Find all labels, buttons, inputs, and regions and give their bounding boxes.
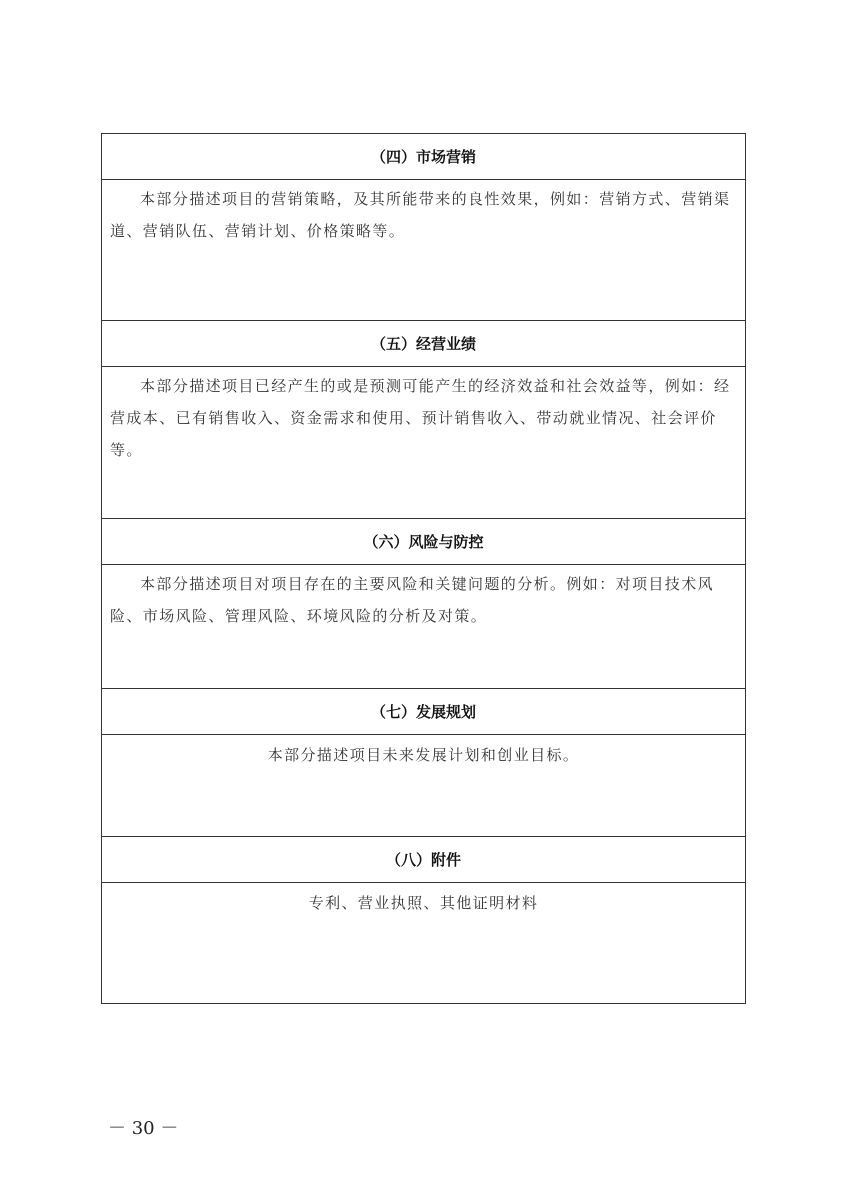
section-heading-marketing: （四）市场营销 [102, 134, 745, 180]
section-heading-performance: （五）经营业绩 [102, 321, 745, 367]
section-body-marketing: 本部分描述项目的营销策略，及其所能带来的良性效果，例如：营销方式、营销渠道、营销… [102, 180, 745, 321]
section-body-attachments: 专利、营业执照、其他证明材料 [102, 883, 745, 1003]
section-heading-risk: （六）风险与防控 [102, 519, 745, 565]
section-body-performance: 本部分描述项目已经产生的或是预测可能产生的经济效益和社会效益等，例如：经营成本、… [102, 367, 745, 519]
page-number: － 30 － [108, 1114, 178, 1140]
section-heading-attachments: （八）附件 [102, 837, 745, 883]
form-table: （四）市场营销 本部分描述项目的营销策略，及其所能带来的良性效果，例如：营销方式… [101, 133, 746, 1004]
section-heading-development-plan: （七）发展规划 [102, 689, 745, 735]
section-body-development-plan: 本部分描述项目未来发展计划和创业目标。 [102, 735, 745, 837]
section-body-risk: 本部分描述项目对项目存在的主要风险和关键问题的分析。例如：对项目技术风险、市场风… [102, 565, 745, 689]
